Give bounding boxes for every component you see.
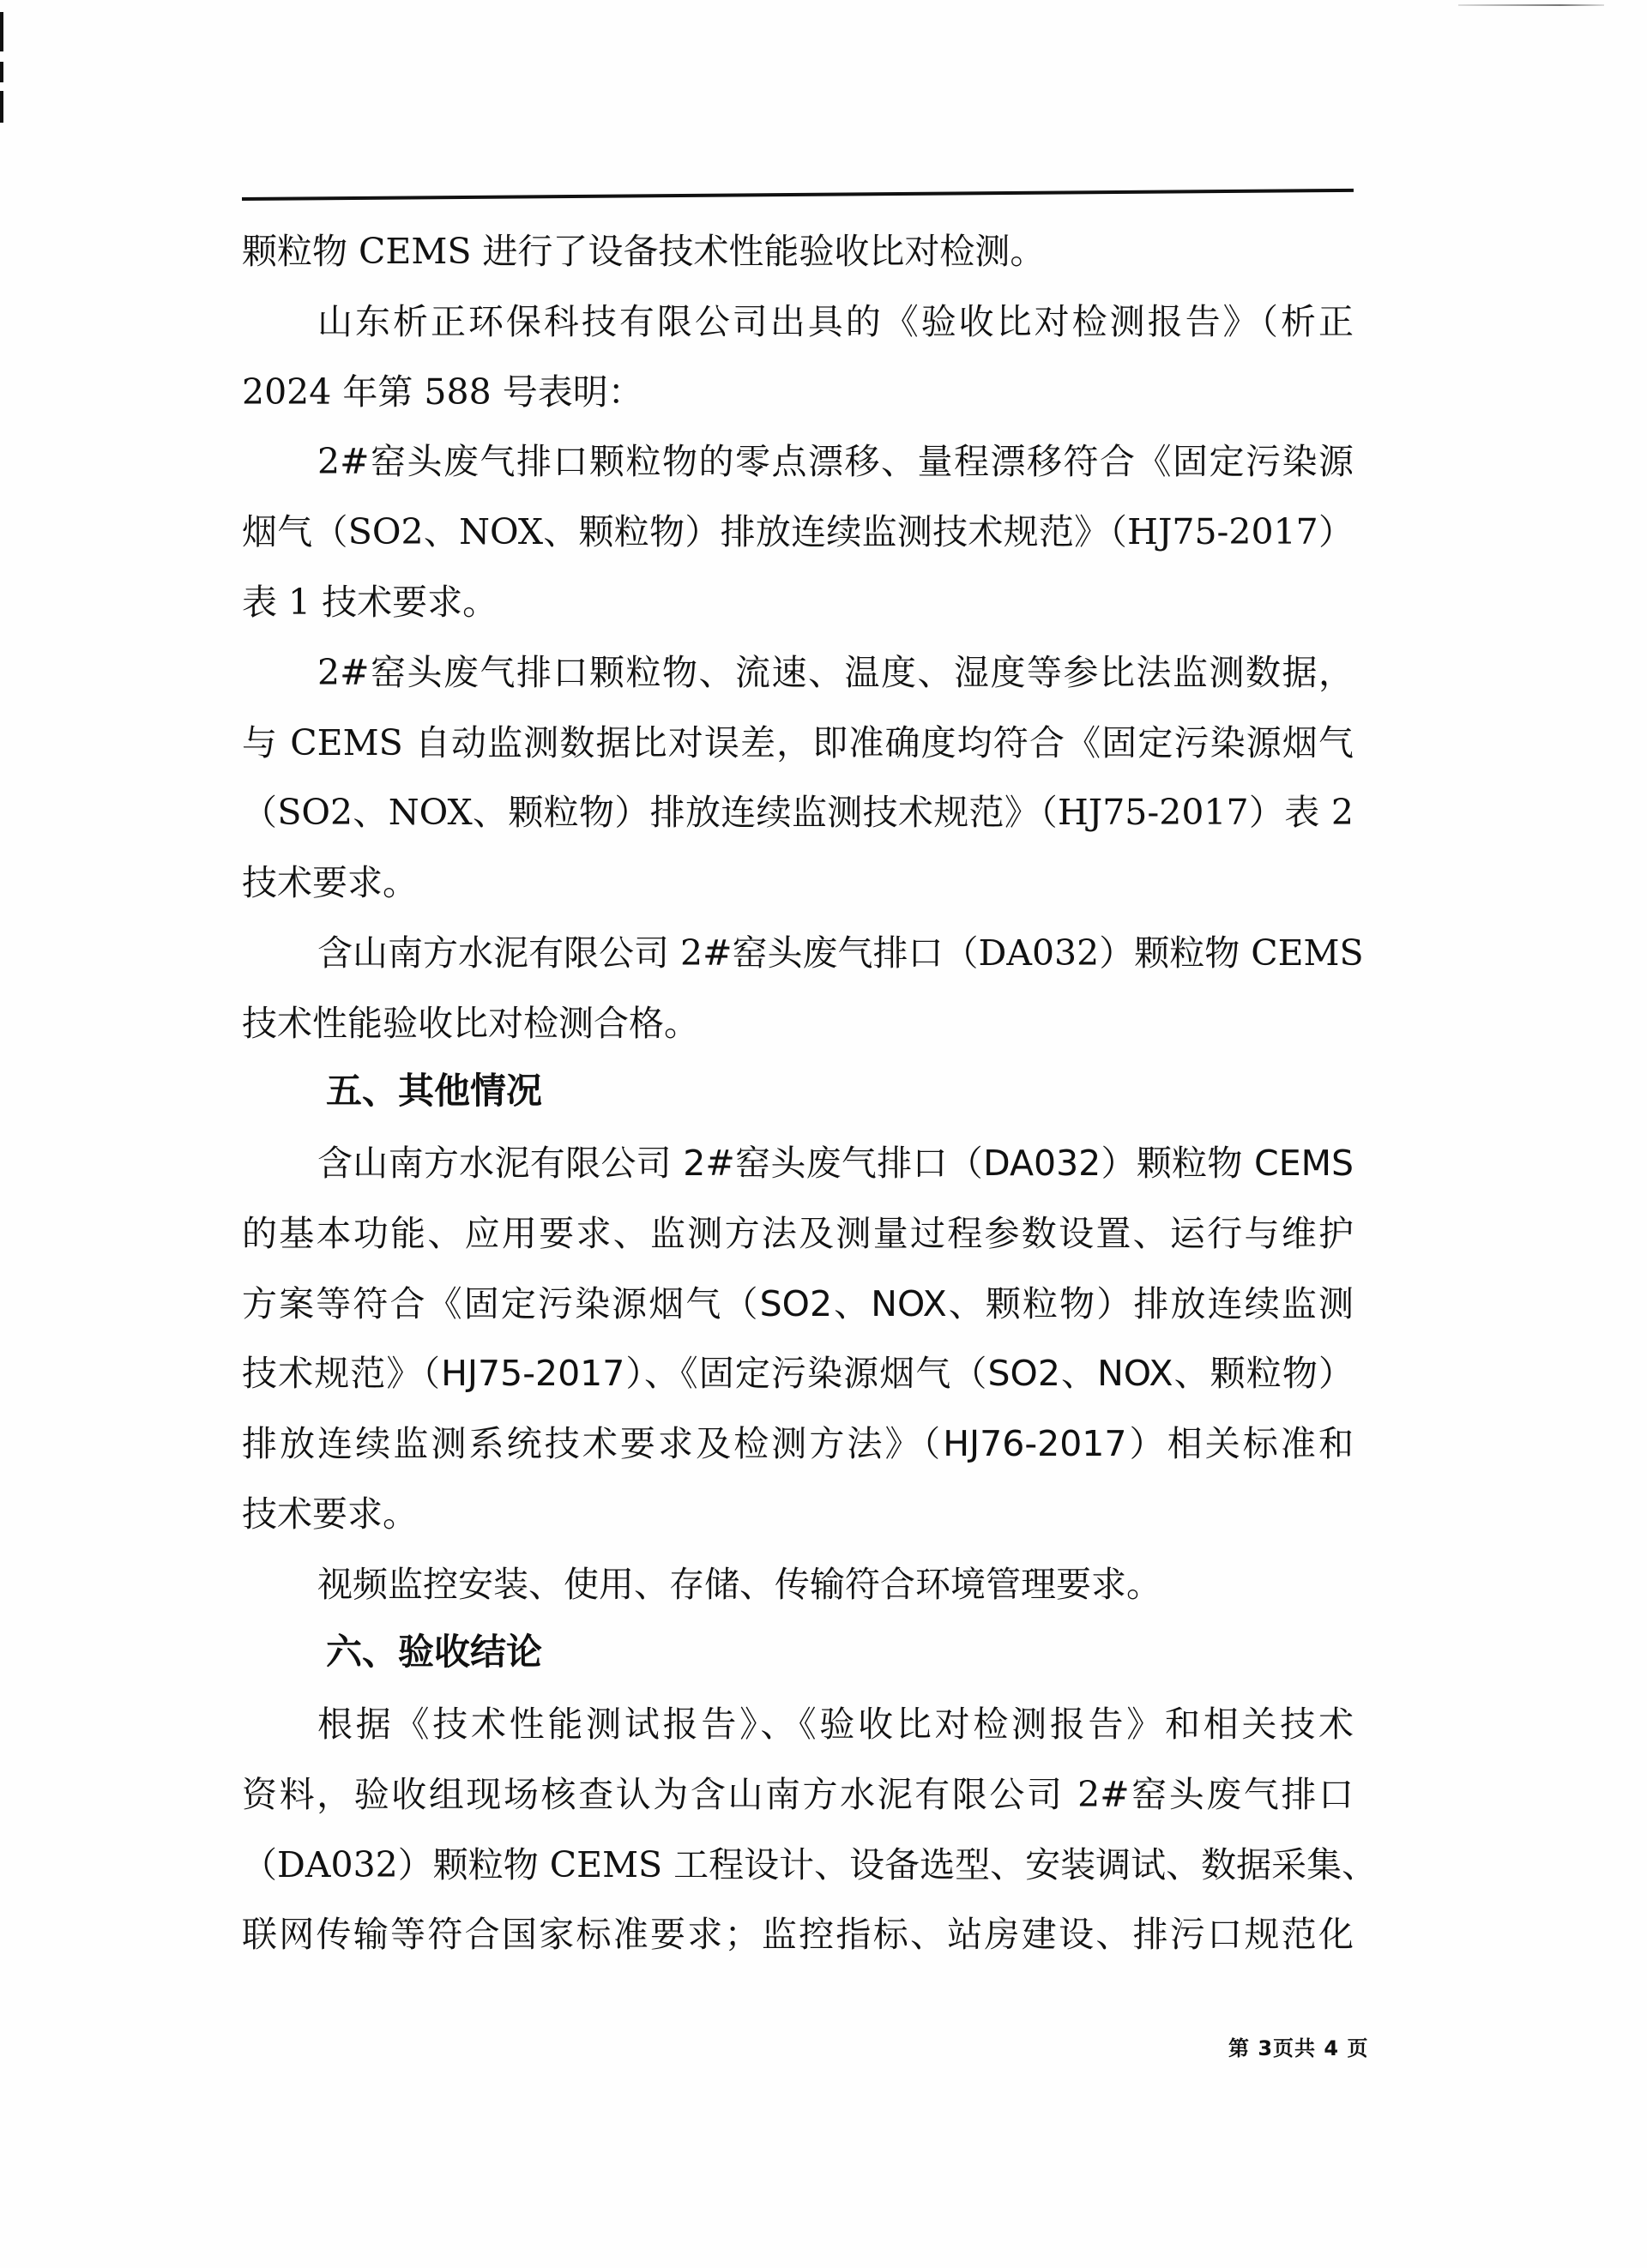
text-line: 颗粒物 CEMS 进行了设备技术性能验收比对检测。 (242, 226, 1354, 277)
text-line: （SO2、NOX、颗粒物）排放连续监测技术规范》（HJ75-2017）表 2 (242, 787, 1354, 838)
scan-artifact-line (1458, 4, 1604, 6)
scan-edge-mark (0, 62, 3, 82)
page-number: 第 3页共 4 页 (1228, 2031, 1368, 2061)
text-line: 排放连续监测系统技术要求及检测方法》（HJ76-2017）相关标准和 (242, 1418, 1354, 1469)
text-line: （DA032）颗粒物 CEMS 工程设计、设备选型、安装调试、数据采集、 (242, 1839, 1354, 1891)
scan-edge-mark (0, 91, 3, 123)
text-line: 含山南方水泥有限公司 2#窑头废气排口（DA032）颗粒物 CEMS (317, 927, 1354, 979)
text-line: 方案等符合《固定污染源烟气（SO2、NOX、颗粒物）排放连续监测 (242, 1278, 1354, 1330)
text-line: 2#窑头废气排口颗粒物、流速、温度、湿度等参比法监测数据， (317, 647, 1354, 698)
text-line: 技术要求。 (242, 1488, 1354, 1540)
text-line: 技术要求。 (242, 857, 1354, 908)
text-line: 2024 年第 588 号表明： (242, 366, 1354, 418)
scan-edge-mark (0, 12, 3, 51)
text-line: 与 CEMS 自动监测数据比对误差，即准确度均符合《固定污染源烟气 (242, 717, 1354, 769)
text-line: 含山南方水泥有限公司 2#窑头废气排口（DA032）颗粒物 CEMS (317, 1137, 1354, 1189)
text-line: 表 1 技术要求。 (242, 576, 1354, 628)
section-heading-other: 五、其他情况 (326, 1065, 542, 1117)
text-line: 烟气（SO2、NOX、颗粒物）排放连续监测技术规范》（HJ75-2017） (242, 506, 1354, 558)
document-page: 颗粒物 CEMS 进行了设备技术性能验收比对检测。 山东析正环保科技有限公司出具… (0, 0, 1647, 2268)
section-heading-conclusion: 六、验收结论 (326, 1626, 542, 1678)
text-line: 根据《技术性能测试报告》、《验收比对检测报告》和相关技术 (317, 1698, 1354, 1750)
header-rule (242, 189, 1354, 201)
text-line: 2#窑头废气排口颗粒物的零点漂移、量程漂移符合《固定污染源 (317, 436, 1354, 487)
text-line: 视频监控安装、使用、存储、传输符合环境管理要求。 (317, 1559, 1354, 1610)
text-line: 资料，验收组现场核查认为含山南方水泥有限公司 2#窑头废气排口 (242, 1769, 1354, 1820)
text-line: 联网传输等符合国家标准要求；监控指标、站房建设、排污口规范化 (242, 1909, 1354, 1960)
text-line: 山东析正环保科技有限公司出具的《验收比对检测报告》（析正 (317, 296, 1354, 347)
text-line: 技术规范》（HJ75-2017）、《固定污染源烟气（SO2、NOX、颗粒物） (242, 1348, 1354, 1399)
text-line: 的基本功能、应用要求、监测方法及测量过程参数设置、运行与维护 (242, 1208, 1354, 1259)
text-line: 技术性能验收比对检测合格。 (242, 998, 1354, 1049)
